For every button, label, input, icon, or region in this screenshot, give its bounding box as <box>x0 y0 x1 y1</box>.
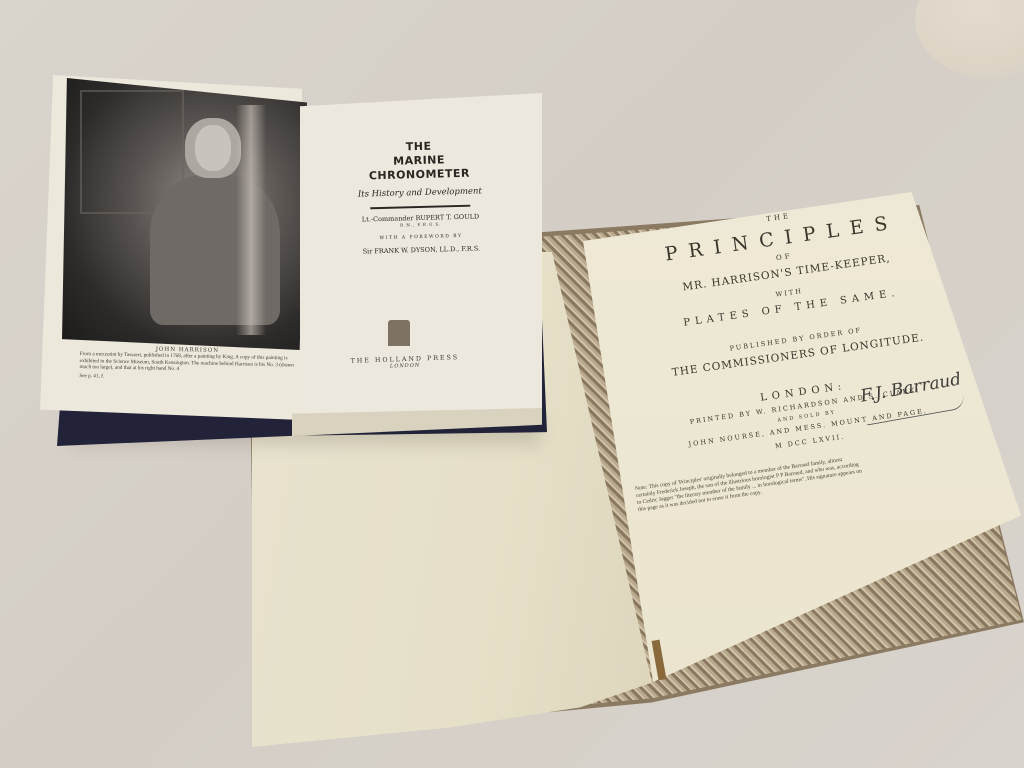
principles-title-block: THE PRINCIPLES OF MR. HARRISON'S TIME-KE… <box>590 187 1005 515</box>
subtitle: Its History and Development <box>310 185 530 201</box>
surface-stain <box>915 0 1024 80</box>
chronometer-title-block: THE MARINE CHRONOMETER Its History and D… <box>309 137 532 257</box>
printing-press-icon <box>388 320 410 346</box>
foreword-label: WITH A FOREWORD BY <box>311 232 531 243</box>
light-glare <box>236 105 266 335</box>
portrait-face <box>195 125 231 171</box>
title-rule <box>370 205 470 210</box>
frontispiece-caption: JOHN HARRISON From a mezzotint by Tassae… <box>79 345 295 384</box>
caption-body: From a mezzotint by Tassaert, published … <box>79 351 294 375</box>
